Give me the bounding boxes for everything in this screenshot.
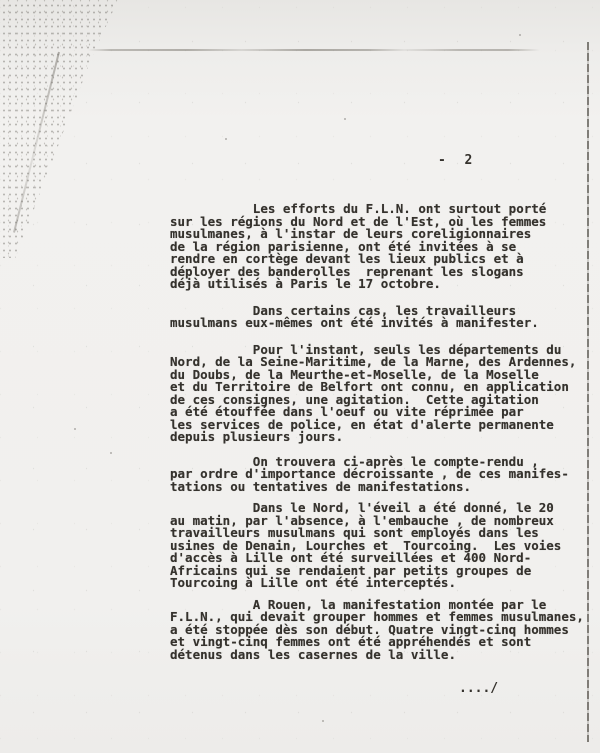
continuation-mark: ..../ [459,681,498,696]
paragraph-efforts-fln: Les efforts du F.L.N. ont surtout porté … [170,203,590,291]
paragraph-compte-rendu: On trouvera ci-après le compte-rendu , p… [170,456,590,494]
paragraph-departements-agitation: Pour l'instant, seuls les départements d… [170,344,590,444]
ink-speck [225,138,227,140]
ink-speck [110,452,112,454]
paragraph-nord-lille: Dans le Nord, l'éveil a été donné, le 20… [170,502,590,590]
paragraph-travailleurs-invites: Dans certains cas, les travailleurs musu… [170,305,590,330]
paragraph-rouen: A Rouen, la manifestation montée par le … [170,599,590,662]
ink-speck [344,118,346,120]
ink-speck [74,428,76,430]
scan-crease-horizontal [88,49,540,51]
document-body: Les efforts du F.L.N. ont surtout porté … [170,203,590,661]
ink-speck [322,720,324,722]
ink-speck [519,34,521,36]
page-number: - 2 [438,153,473,168]
